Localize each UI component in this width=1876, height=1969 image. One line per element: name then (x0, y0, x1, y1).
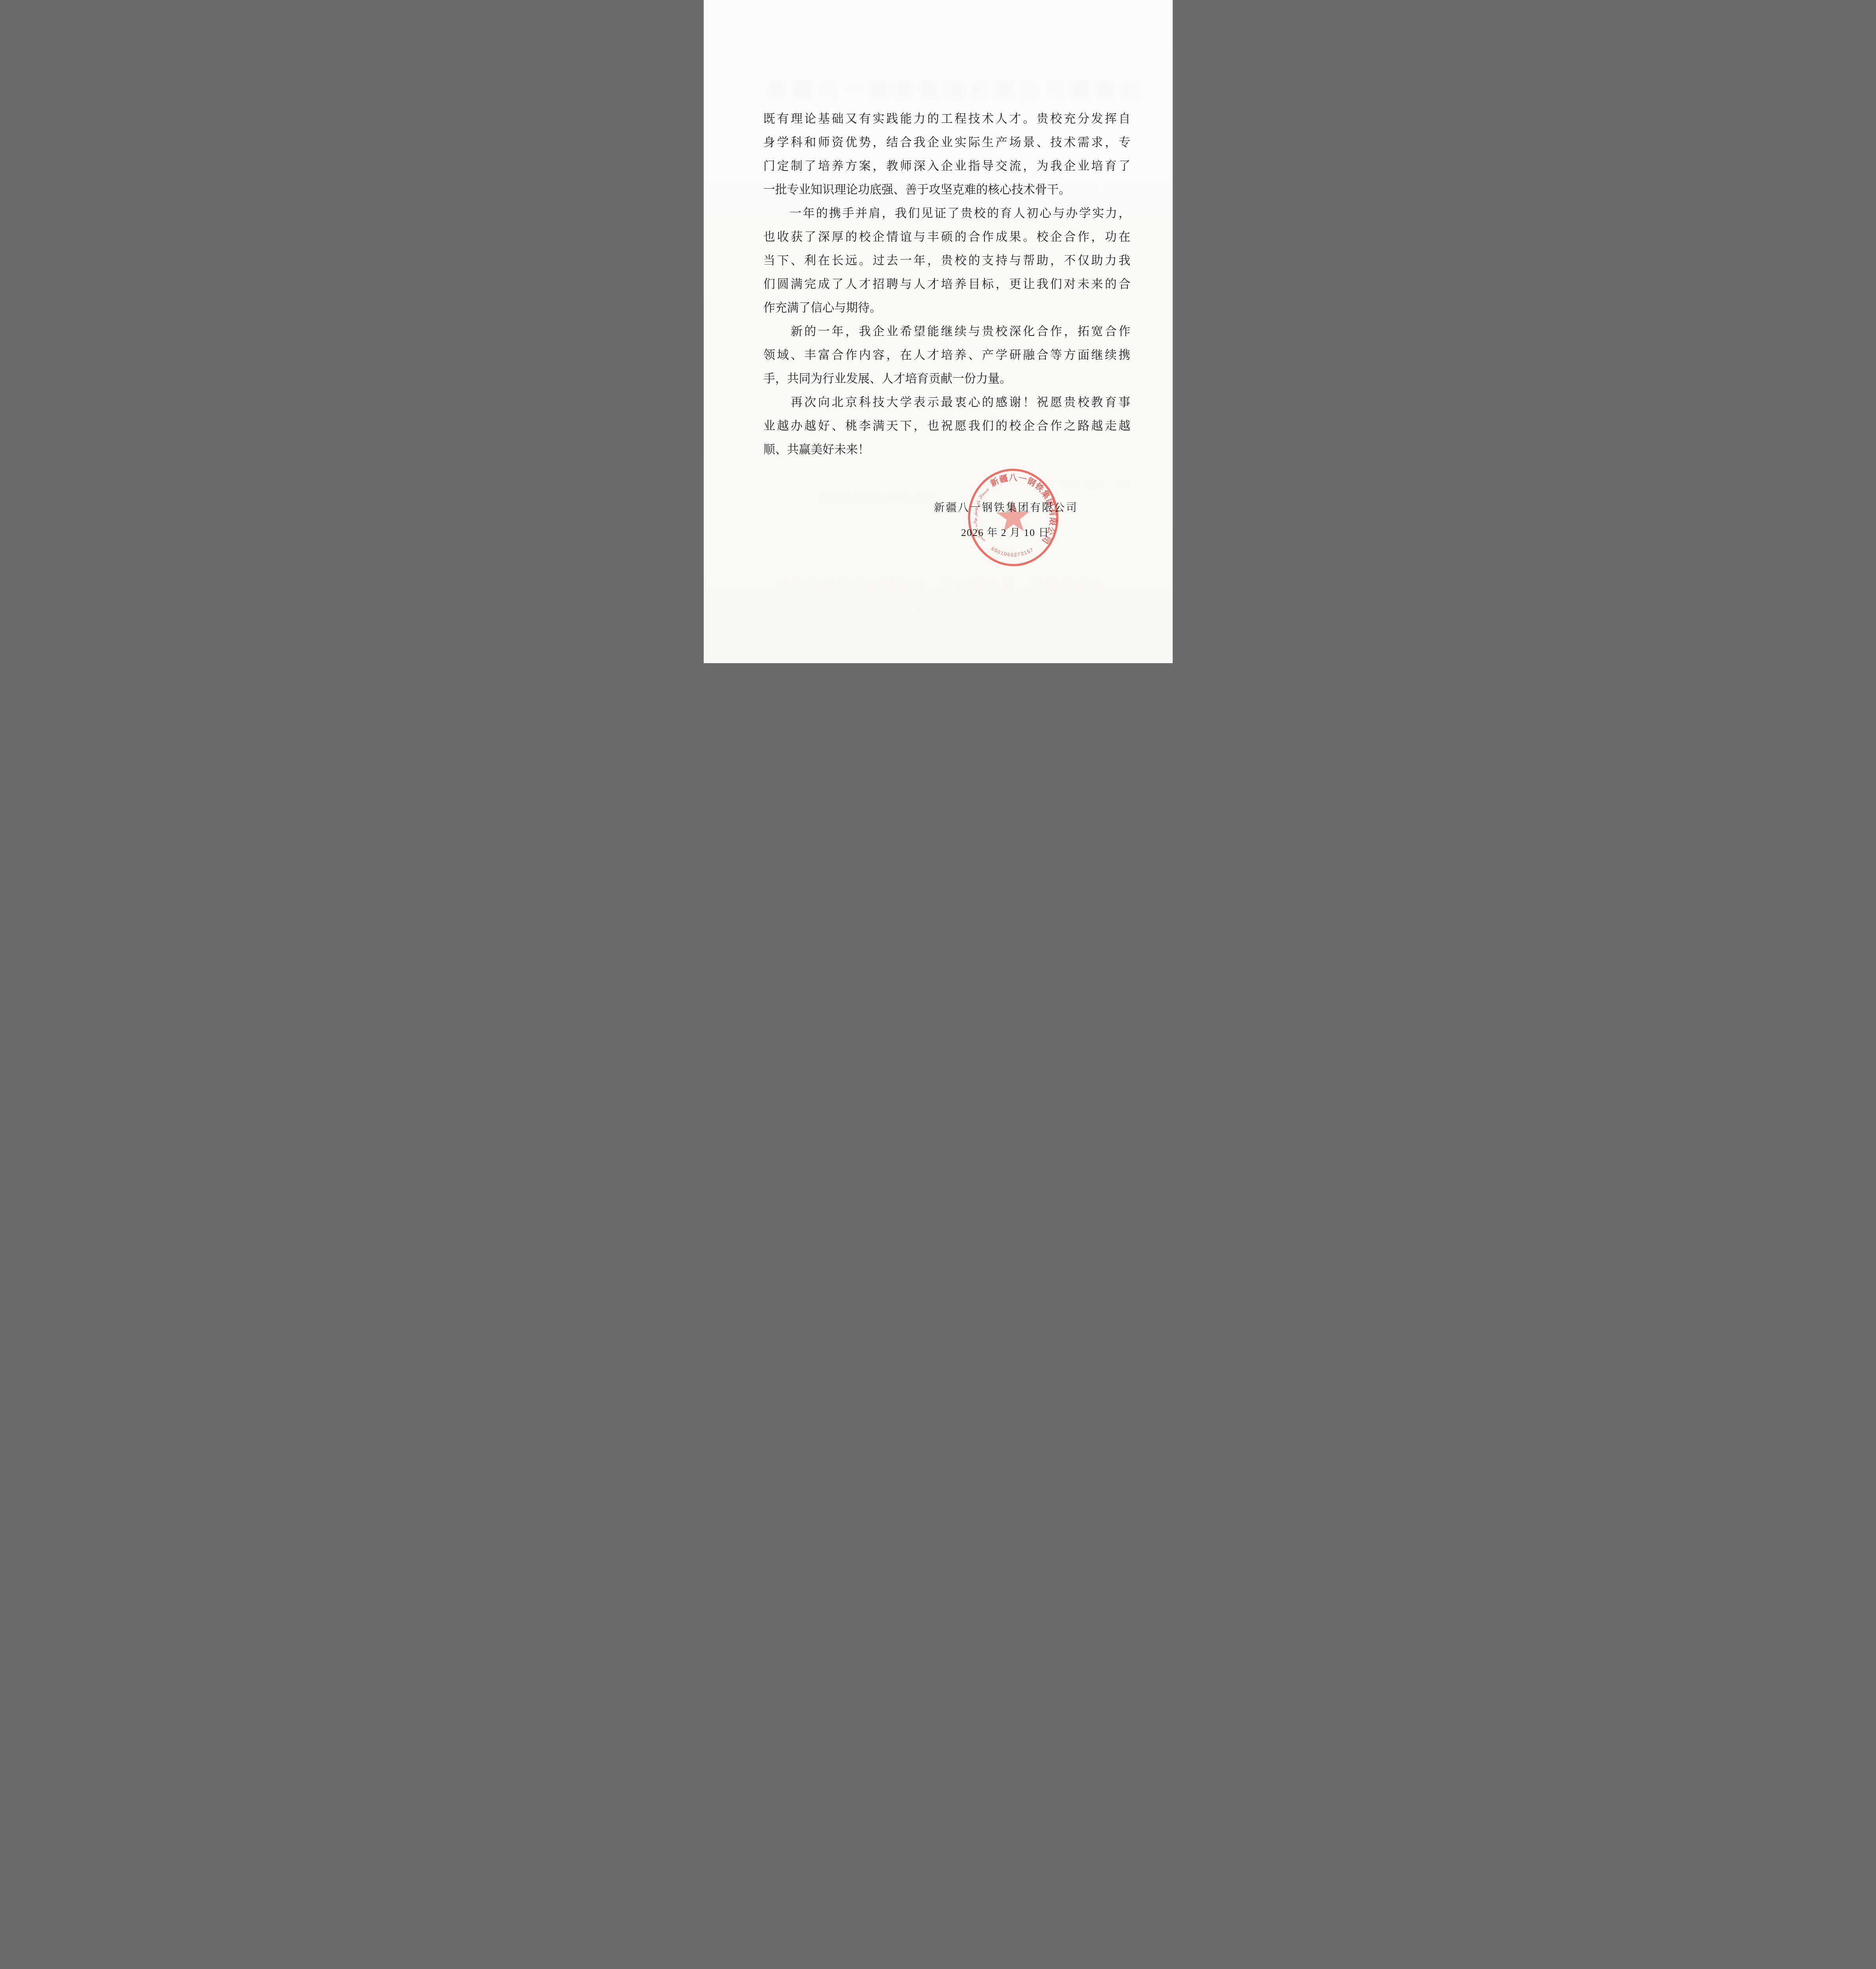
body-line: 也收获了深厚的校企情谊与丰硕的合作成果。校企合作，功在 (764, 225, 1131, 249)
company-seal-stamp: شىنجاڭ باي تۆمۈر پولات شىركىتى 新疆八一钢铁集团有… (960, 462, 1066, 573)
ghost-bleedthrough-line: 再次向北京科技大学表示最衷心的感谢 (775, 622, 1029, 640)
body-line: 新的一年，我企业希望能继续与贵校深化合作，拓宽合作 (764, 320, 1131, 343)
body-line: 既有理论基础又有实践能力的工程技术人才。贵校充分发挥自 (764, 107, 1131, 131)
body-line: 们圆满完成了人才招聘与人才培养目标，更让我们对未来的合 (764, 273, 1131, 296)
letter-body: 既有理论基础又有实践能力的工程技术人才。贵校充分发挥自 身学科和师资优势，结合我… (764, 107, 1131, 462)
ghost-bleedthrough-line: 业越办越好、桃李满天下，也祝愿我们的校企合作 (775, 576, 1104, 594)
ghost-bleedthrough-line: 顺、共赢美好未来！ (764, 475, 1130, 492)
body-line: 当下、利在长远。过去一年，贵校的支持与帮助，不仅助力我 (764, 249, 1131, 273)
scanned-letter-page: 新疆八一钢铁集团有限公司感谢信 顺、共赢美好未来！ 校企合作之路越走越顺 业越办… (704, 0, 1173, 663)
body-line: 作充满了信心与期待。 (764, 296, 1131, 320)
seal-serial-number: 6501060273157 (990, 544, 1035, 558)
body-line: 顺、共赢美好未来！ (764, 438, 1131, 462)
body-line: 业越办越好、桃李满天下，也祝愿我们的校企合作之路越走越 (764, 414, 1131, 438)
star-icon (996, 500, 1030, 532)
body-line: 一批专业知识理论功底强、善于攻坚克难的核心技术骨干。 (764, 178, 1131, 202)
ghost-bleedthrough-line: 校企合作之路越走越顺 (767, 488, 936, 506)
ghost-bleedthrough-title: 新疆八一钢铁集团有限公司感谢信 (769, 76, 1115, 102)
body-line: 领域、丰富合作内容，在人才培养、产学研融合等方面继续携 (764, 343, 1131, 367)
body-line: 再次向北京科技大学表示最衷心的感谢！祝愿贵校教育事 (764, 391, 1131, 414)
body-line: 手，共同为行业发展、人才培育贡献一份力量。 (764, 367, 1131, 391)
body-line: 门定制了培养方案，教师深入企业指导交流，为我企业培育了 (764, 154, 1131, 178)
ghost-bleedthrough-line: 新的一年，我企业希望能继续与贵校深化合作 (792, 599, 1092, 617)
seal-company-name: 新疆八一钢铁集团有限公司 (988, 471, 1059, 548)
body-line: 一年的携手并肩，我们见证了贵校的育人初心与办学实力， (764, 202, 1131, 225)
body-line: 身学科和师资优势，结合我企业实际生产场景、技术需求，专 (764, 131, 1131, 154)
